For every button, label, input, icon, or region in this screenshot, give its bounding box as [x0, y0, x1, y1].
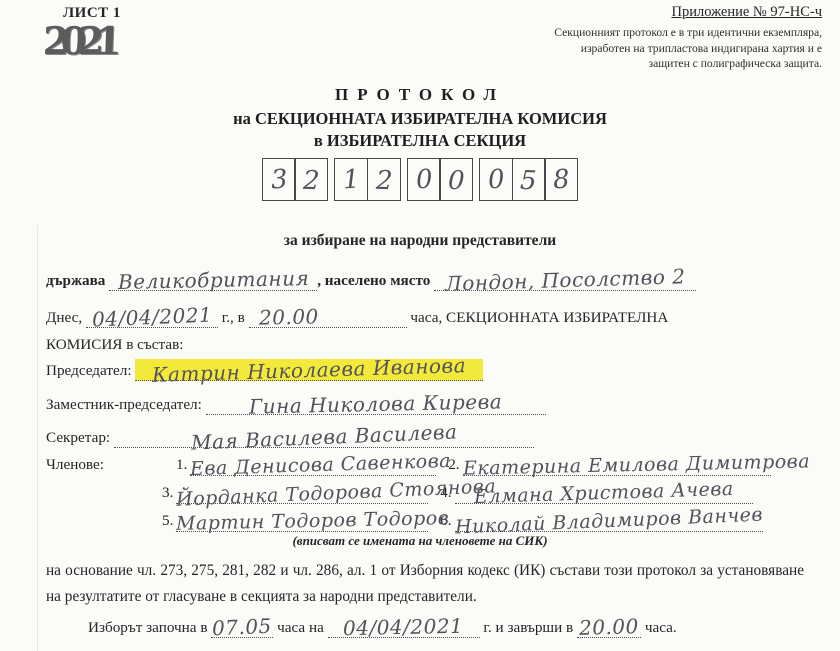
section-number-group-2: 1 2	[334, 158, 400, 201]
chair-label: Председател:	[46, 362, 132, 379]
deputy-chair-name-field: Гина Николова Кирева	[206, 393, 546, 415]
datetime-prefix: Днес,	[46, 309, 82, 326]
chair-name-field: Катрин Николаева Иванова	[135, 359, 483, 381]
legal-basis-paragraph: на основание чл. 273, 275, 281, 282 и чл…	[46, 558, 804, 610]
protocol-subtitle-section: в ИЗБИРАТЕЛНА СЕКЦИЯ	[0, 131, 840, 151]
members-note: (вписват се имената на членовете на СИК)	[0, 533, 840, 549]
section-number-cell: 0	[407, 158, 441, 201]
annex-title: Приложение № 97-НС-ч	[554, 4, 822, 21]
section-number-group-1: 3 2	[262, 158, 328, 201]
secretary-label: Секретар:	[46, 429, 110, 446]
section-number-cell: 2	[294, 158, 328, 201]
section-number-cell: 8	[544, 158, 578, 201]
annex-note-line-3: защитен с полиграфическа защита.	[554, 56, 822, 72]
member-name-field: Ева Денисова Савенкова	[190, 454, 436, 476]
member-name-field: Йорданка Тодорова Стоянова	[176, 482, 428, 504]
datetime-line: Днес, 04/04/2021 г., в 20.00 часа, СЕКЦИ…	[46, 305, 668, 331]
closing-part-2: часа на	[277, 619, 324, 636]
member-number: 1.	[176, 456, 187, 473]
member-name-field: Мартин Тодоров Тодоров	[176, 510, 428, 532]
location-line: държава Великобритания, населено място Л…	[46, 268, 696, 294]
country-field: Великобритания	[109, 269, 317, 291]
annex-block: Приложение № 97-НС-ч Секционният протоко…	[554, 4, 822, 72]
members-row-2: 3.Йорданка Тодорова Стоянова 4.Елмана Хр…	[154, 480, 753, 506]
member-name-field: Екатерина Емилова Димитрова	[463, 454, 771, 476]
members-label: Членове:	[46, 452, 104, 478]
time-handwritten-value: 20.00	[258, 303, 318, 330]
section-number-cell: 5	[512, 158, 546, 201]
deputy-chair-handwritten-name: Гина Николова Кирева	[249, 388, 503, 419]
date-handwritten-value: 04/04/2021	[91, 301, 212, 332]
members-row-3: 5.Мартин Тодоров Тодоров 6.Николай Влади…	[154, 508, 763, 534]
secretary-row: Секретар: Мая Василева Василева	[46, 425, 534, 451]
start-time-handwritten-value: 07.05	[212, 613, 273, 641]
handwritten-digit: 0	[487, 164, 506, 195]
chair-row: Председател: Катрин Николаева Иванова	[46, 358, 483, 384]
settlement-label: , населено място	[317, 272, 430, 289]
closing-part-4: часа.	[645, 619, 677, 636]
annex-note-line-2: изработен на трипластова индигирана харт…	[554, 41, 822, 57]
member-number: 5.	[162, 512, 173, 529]
handwritten-digit: 0	[447, 165, 465, 196]
commission-composition-line: КОМИСИЯ в състав:	[46, 332, 183, 358]
datetime-mid: г., в	[222, 309, 245, 326]
section-number-cell: 1	[334, 158, 368, 201]
closing-line: Изборът започна в 07.05 часа на 04/04/20…	[88, 615, 677, 641]
date-field: 04/04/2021	[86, 306, 218, 328]
election-2021-logo: 2021	[42, 18, 113, 63]
protocol-title-block: ПРОТОКОЛ на СЕКЦИОННАТА ИЗБИРАТЕЛНА КОМИ…	[0, 85, 840, 151]
handwritten-digit: 8	[552, 164, 571, 195]
handwritten-digit: 2	[303, 165, 321, 196]
annex-note-line-1: Секционният протокол е в три идентични е…	[554, 25, 822, 41]
section-number-cell: 0	[479, 158, 513, 201]
settlement-field: Лондон, Посолство 2	[434, 269, 696, 291]
member-name-field: Елмана Христова Ачева	[455, 482, 753, 504]
end-time-handwritten-value: 20.00	[579, 613, 640, 641]
protocol-subtitle-commission: на СЕКЦИОННАТА ИЗБИРАТЕЛНА КОМИСИЯ	[0, 109, 840, 129]
section-number-cell: 0	[439, 158, 473, 201]
closing-date-field: 04/04/2021	[328, 616, 480, 638]
settlement-handwritten-value: Лондон, Посолство 2	[445, 263, 686, 297]
section-number-group-3: 0 0	[407, 158, 473, 201]
time-field: 20.00	[249, 306, 407, 328]
member-handwritten-name: Екатерина Емилова Димитрова	[462, 448, 810, 481]
member-name-field: Николай Владимиров Ванчев	[455, 510, 763, 532]
handwritten-digit: 5	[520, 165, 538, 196]
election-type-subtitle: за избиране на народни представители	[0, 232, 840, 250]
handwritten-digit: 0	[414, 164, 433, 195]
member-number: 3.	[162, 484, 173, 501]
handwritten-digit: 2	[375, 165, 393, 196]
country-label: държава	[46, 272, 105, 289]
datetime-suffix: часа, СЕКЦИОННАТА ИЗБИРАТЕЛНА	[410, 309, 668, 326]
scan-edge-artifact	[37, 225, 38, 651]
section-number-grid: 3 2 1 2 0 0 0 5 8	[0, 158, 840, 201]
deputy-chair-row: Заместник-председател: Гина Николова Кир…	[46, 392, 546, 418]
section-number-cell: 3	[262, 158, 296, 201]
secretary-name-field: Мая Василева Василева	[114, 426, 534, 448]
protocol-title: ПРОТОКОЛ	[0, 85, 840, 105]
section-number-group-4: 0 5 8	[479, 158, 578, 201]
start-time-field: 07.05	[211, 616, 273, 638]
country-handwritten-value: Великобритания	[117, 265, 309, 295]
closing-date-handwritten-value: 04/04/2021	[343, 613, 464, 642]
handwritten-digit: 1	[342, 164, 361, 195]
closing-part-3: г. и завърши в	[483, 619, 573, 636]
end-time-field: 20.00	[577, 616, 641, 638]
chair-handwritten-name: Катрин Николаева Иванова	[152, 352, 467, 388]
closing-part-1: Изборът започна в	[88, 619, 208, 636]
handwritten-digit: 3	[270, 164, 289, 195]
deputy-chair-label: Заместник-председател:	[46, 396, 202, 413]
section-number-cell: 2	[367, 158, 401, 201]
